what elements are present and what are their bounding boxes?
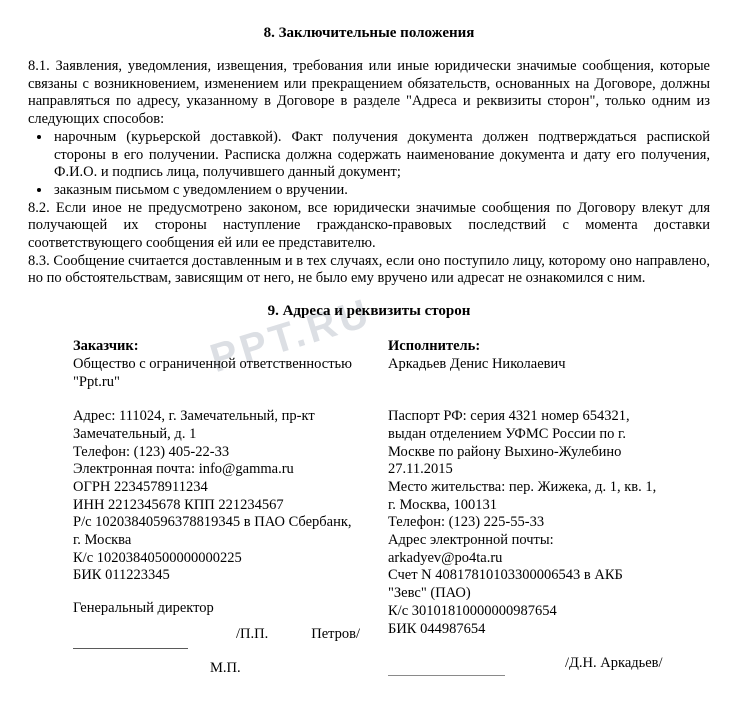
- requisite-line: Паспорт РФ: серия 4321 номер 654321,: [388, 408, 710, 426]
- customer-signature-line: [73, 635, 188, 649]
- delivery-methods-list: нарочным (курьерской доставкой). Факт по…: [28, 129, 710, 200]
- parties-columns: Заказчик: Общество с ограниченной ответс…: [28, 338, 710, 677]
- requisite-line: К/с 10203840500000000225: [73, 550, 388, 568]
- requisite-line: Адрес: 111024, г. Замечательный, пр-кт: [73, 408, 388, 426]
- requisite-line: arkadyev@po4ta.ru: [388, 550, 710, 568]
- clause-8-1: 8.1. Заявления, уведомления, извещения, …: [28, 58, 710, 129]
- requisite-line: БИК 011223345: [73, 567, 388, 585]
- requisite-line: Москве по району Выхино-Жулебино: [388, 444, 710, 462]
- requisite-line: БИК 044987654: [388, 621, 710, 639]
- contractor-role-label: Исполнитель:: [388, 338, 710, 356]
- contractor-signature-name: /Д.Н. Аркадьев/: [565, 655, 663, 673]
- customer-stamp-label: М.П.: [210, 660, 388, 678]
- requisite-line: 27.11.2015: [388, 461, 710, 479]
- clause-8-2: 8.2. Если иное не предусмотрено законом,…: [28, 200, 710, 253]
- section-9-title: 9. Адреса и реквизиты сторон: [28, 302, 710, 321]
- contractor-name-line: Аркадьев Денис Николаевич: [388, 356, 710, 374]
- customer-role-label: Заказчик:: [73, 338, 388, 356]
- customer-signature-name: Петров/: [311, 626, 360, 644]
- requisite-line: Адрес электронной почты:: [388, 532, 710, 550]
- requisite-line: Место жительства: пер. Жижека, д. 1, кв.…: [388, 479, 710, 497]
- contractor-header: Исполнитель: Аркадьев Денис Николаевич: [388, 338, 710, 408]
- section-8-title: 8. Заключительные положения: [28, 24, 710, 43]
- requisite-line: Электронная почта: info@gamma.ru: [73, 461, 388, 479]
- requisite-line: Замечательный, д. 1: [73, 426, 388, 444]
- requisite-line: выдан отделением УФМС России по г.: [388, 426, 710, 444]
- requisite-line: Р/с 10203840596378819345 в ПАО Сбербанк,: [73, 514, 388, 532]
- requisite-line: ОГРН 2234578911234: [73, 479, 388, 497]
- document-content: 8. Заключительные положения 8.1. Заявлен…: [0, 0, 738, 678]
- requisite-line: К/с 30101810000000987654: [388, 603, 710, 621]
- delivery-method-courier: нарочным (курьерской доставкой). Факт по…: [52, 129, 710, 182]
- customer-signature-row: /П.П. Петров/: [73, 632, 388, 649]
- requisite-line: г. Москва, 100131: [388, 497, 710, 515]
- clause-8-3: 8.3. Сообщение считается доставленным и …: [28, 253, 710, 288]
- customer-name-line: "Ppt.ru": [73, 374, 388, 392]
- customer-signature-prefix: /П.П.: [236, 626, 268, 644]
- contract-document-page: PPT.RU 8. Заключительные положения 8.1. …: [0, 0, 738, 725]
- customer-column: Заказчик: Общество с ограниченной ответс…: [28, 338, 388, 677]
- customer-requisites: Адрес: 111024, г. Замечательный, пр-кт З…: [73, 408, 388, 585]
- section-addresses-requisites: 9. Адреса и реквизиты сторон Заказчик: О…: [28, 302, 710, 677]
- requisite-line: Счет N 40817810103300006543 в АКБ: [388, 567, 710, 585]
- requisite-line: Телефон: (123) 405-22-33: [73, 444, 388, 462]
- requisite-line: ИНН 2212345678 КПП 221234567: [73, 497, 388, 515]
- requisite-line: Телефон: (123) 225-55-33: [388, 514, 710, 532]
- customer-name-line: Общество с ограниченной ответственностью: [73, 356, 388, 374]
- customer-header: Заказчик: Общество с ограниченной ответс…: [73, 338, 388, 408]
- requisite-line: "Зевс" (ПАО): [388, 585, 710, 603]
- contractor-column: Исполнитель: Аркадьев Денис Николаевич П…: [388, 338, 710, 676]
- delivery-method-registered-mail: заказным письмом с уведомлением о вручен…: [52, 182, 710, 200]
- contractor-signature-line: [388, 662, 505, 676]
- customer-position-title: Генеральный директор: [73, 600, 388, 618]
- contractor-signature-row: /Д.Н. Аркадьев/: [388, 659, 710, 676]
- requisite-line: г. Москва: [73, 532, 388, 550]
- contractor-requisites: Паспорт РФ: серия 4321 номер 654321, выд…: [388, 408, 710, 638]
- section-final-provisions: 8. Заключительные положения 8.1. Заявлен…: [28, 24, 710, 288]
